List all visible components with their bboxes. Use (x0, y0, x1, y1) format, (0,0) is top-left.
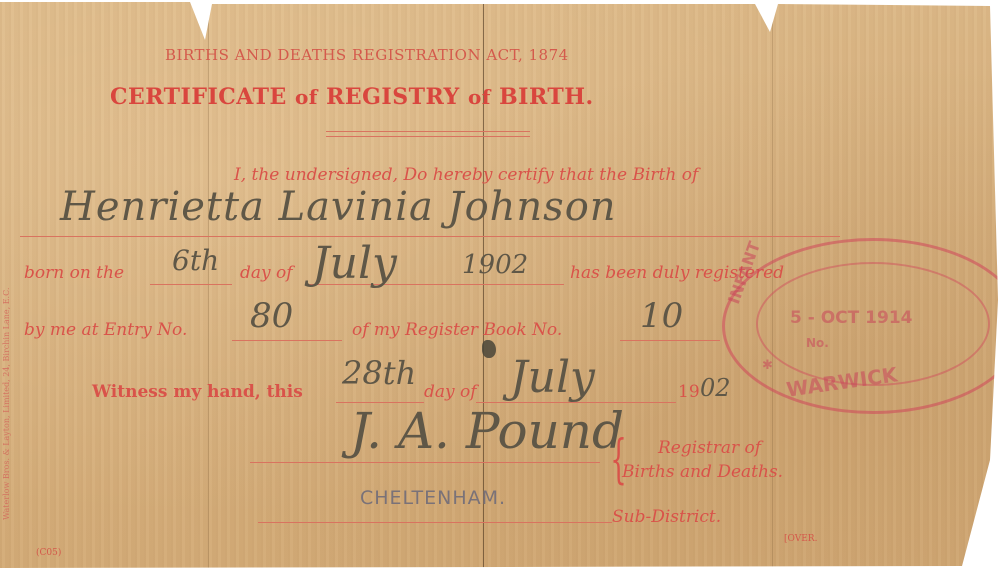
birth-year: 1902 (462, 250, 528, 280)
born-on-label: born on the (24, 263, 124, 283)
sub-district-stamp: CHELTENHAM. (360, 487, 506, 509)
title-of-1: of (295, 85, 318, 109)
title-of-2: of (468, 85, 491, 109)
title-double-rule (326, 131, 530, 137)
over-label: [OVER. (784, 534, 817, 544)
ink-blot (482, 340, 496, 358)
oval-stamp-no: No. (806, 336, 829, 350)
witness-day: 28th (342, 354, 416, 392)
act-heading: BIRTHS AND DEATHS REGISTRATION ACT, 1874 (165, 46, 569, 64)
register-book-underline (620, 340, 720, 341)
witness-year: 02 (700, 374, 731, 402)
birth-day: 6th (172, 244, 219, 277)
title-part-birth: BIRTH. (499, 84, 594, 110)
title-part-registry: REGISTRY (326, 84, 460, 110)
entry-no: 80 (250, 296, 293, 336)
register-book-label: of my Register Book No. (352, 320, 562, 340)
certificate-title: CERTIFICATE of REGISTRY of BIRTH. (110, 84, 594, 110)
witness-year-prefix: 19 (678, 382, 700, 402)
child-name: Henrietta Lavinia Johnson (60, 184, 617, 230)
name-underline (20, 236, 840, 237)
registrar-label-line2: Births and Deaths. (622, 462, 783, 482)
registrar-signature: J. A. Pound (350, 402, 624, 460)
title-part-certificate: CERTIFICATE (110, 84, 287, 110)
oval-stamp-star-icon: ✱ (762, 358, 773, 373)
witness-day-of-label: day of (424, 382, 477, 402)
birth-month: July (312, 238, 397, 289)
birth-day-underline (150, 284, 232, 285)
oval-stamp-date: 5 - OCT 1914 (790, 308, 912, 328)
register-book-no: 10 (640, 296, 683, 336)
signature-underline (250, 462, 600, 463)
entry-no-underline (232, 340, 342, 341)
sub-district-underline (258, 522, 612, 523)
printer-imprint: Waterlow Bros. & Layton, Limited, 24, Bi… (2, 288, 11, 520)
witness-month: July (510, 352, 595, 403)
registrar-label-line1: Registrar of (658, 438, 761, 458)
certificate-paper: Waterlow Bros. & Layton, Limited, 24, Bi… (0, 0, 1000, 576)
certify-intro: I, the undersigned, Do hereby certify th… (234, 165, 698, 185)
entry-no-label: by me at Entry No. (24, 320, 187, 340)
witness-label: Witness my hand, this (92, 382, 303, 402)
day-of-label: day of (240, 263, 293, 283)
form-code: (C05) (36, 548, 61, 558)
sub-district-label: Sub-District. (612, 507, 721, 527)
